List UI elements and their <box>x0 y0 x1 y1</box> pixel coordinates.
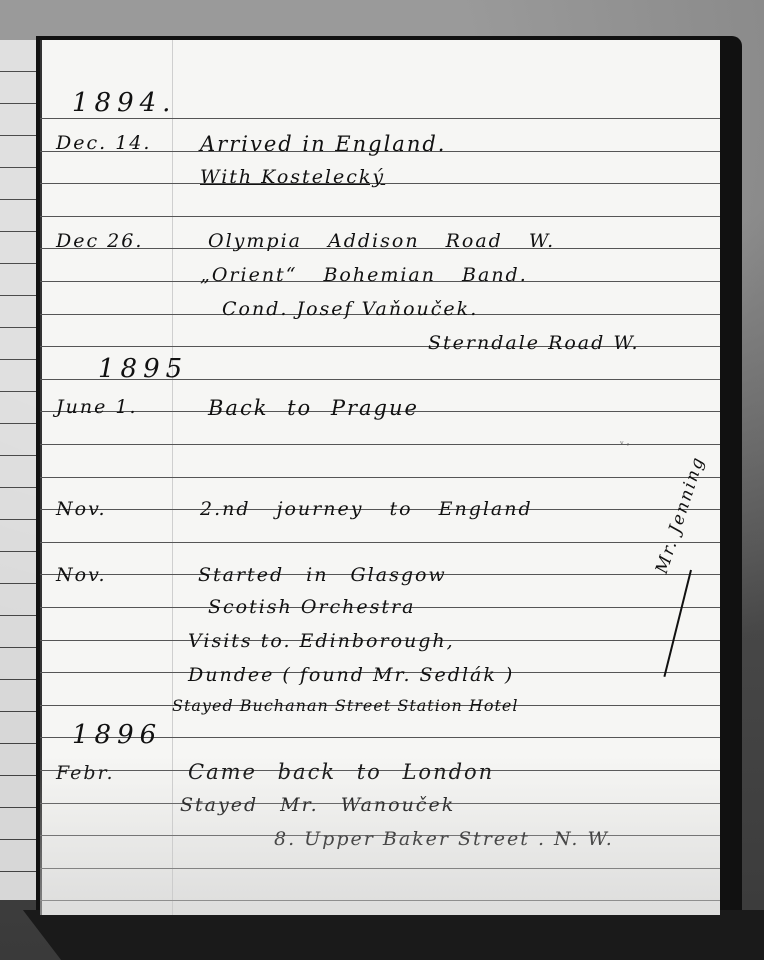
margin-note: Mr. Jenning <box>652 453 709 576</box>
ledger-page: 1894. Dec. 14. Arrived in England. With … <box>40 40 720 915</box>
bottom-shadow <box>0 910 764 960</box>
entry-text: Dundee ( found Mr. Sedlák ) <box>188 664 514 686</box>
entry-date: Dec. 14. <box>56 132 151 154</box>
entry-date: June 1. <box>56 396 138 418</box>
entry-text: Arrived in England. <box>200 132 446 156</box>
entry-date: Febr. <box>56 762 115 784</box>
entry-text: Started in Glasgow <box>198 564 447 586</box>
ruled-line <box>40 542 720 543</box>
entry-text: With Kostelecký <box>200 166 385 188</box>
ruled-line <box>40 216 720 217</box>
ruled-line <box>40 444 720 445</box>
entry-date: Nov. <box>56 498 107 520</box>
year-heading: 1894. <box>72 88 176 118</box>
entry-text: Came back to London <box>188 760 494 784</box>
ink-mark: ᵛ ˒ <box>620 440 630 451</box>
previous-page-edge <box>0 40 40 900</box>
year-heading: 1895 <box>98 354 188 384</box>
entry-text: Stayed Mr. Wanouček <box>180 794 455 816</box>
entry-text: Olympia Addison Road W. <box>208 230 555 252</box>
ruled-line <box>40 477 720 478</box>
entry-text: „Orient“ Bohemian Band. <box>200 264 528 286</box>
entry-text: Cond. Josef Vaňouček. <box>222 298 478 320</box>
entry-text: Visits to. Edinborough, <box>188 630 455 652</box>
entry-text: Scotish Orchestra <box>208 596 415 618</box>
entry-text: Sterndale Road W. <box>428 332 640 354</box>
entry-text: 2.nd journey to England <box>200 498 533 520</box>
entry-text: Back to Prague <box>208 396 419 420</box>
entry-text: Stayed Buchanan Street Station Hotel <box>172 696 518 715</box>
ruled-line <box>40 900 720 901</box>
margin-bracket <box>663 570 692 677</box>
entry-date: Nov. <box>56 564 107 586</box>
ruled-line <box>40 868 720 869</box>
entry-date: Dec 26. <box>56 230 143 252</box>
ruled-line <box>40 118 720 119</box>
year-heading: 1896 <box>72 720 162 750</box>
entry-text: 8. Upper Baker Street . N. W. <box>274 828 614 850</box>
